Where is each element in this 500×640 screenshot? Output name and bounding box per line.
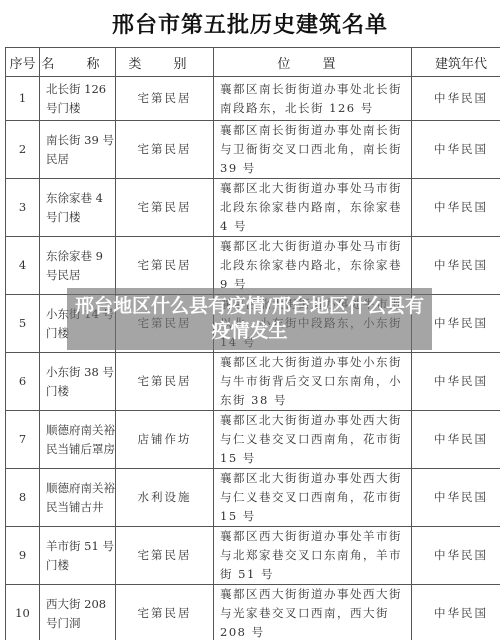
row-era: 中华民国 [412, 121, 500, 179]
row-name: 南长街 39 号民居 [40, 121, 116, 179]
row-location: 襄都区北大街街道办事处小东街与牛市街背后交叉口东南角，小东街 38 号 [214, 353, 412, 411]
table-row: 6小东街 38 号门楼宅第民居襄都区北大街街道办事处小东街与牛市街背后交叉口东南… [6, 353, 500, 411]
row-era: 中华民国 [412, 469, 500, 527]
row-location: 襄都区北大街街道办事处马市街北段东徐家巷内路北，东徐家巷 9 号 [214, 237, 412, 295]
row-category: 宅第民居 [116, 237, 214, 295]
row-name: 东徐家巷 9 号民居 [40, 237, 116, 295]
row-era: 中华民国 [412, 77, 500, 121]
row-location: 襄都区西大街街道办事处西大街与光家巷交叉口西南，西大街 208 号 [214, 585, 412, 640]
row-location: 襄都区北大街街道办事处西大街与仁义巷交叉口西南角，花市街 15 号 [214, 411, 412, 469]
row-index: 4 [6, 237, 40, 295]
row-category: 店铺作坊 [116, 411, 214, 469]
row-index: 6 [6, 353, 40, 411]
row-name: 西大街 208 号门洞 [40, 585, 116, 640]
row-era: 中华民国 [412, 179, 500, 237]
document-title: 邢台市第五批历史建筑名单 [0, 8, 500, 39]
header-name: 名 称 [40, 48, 116, 77]
row-location: 襄都区南长街街道办事处北长街南段路东，北长街 126 号 [214, 77, 412, 121]
row-location: 襄都区西大街街道办事处羊市街与北郑家巷交叉口东南角，羊市街 51 号 [214, 527, 412, 585]
header-name-label: 名 称 [41, 57, 113, 72]
header-era: 建筑年代 [412, 48, 500, 77]
row-index: 3 [6, 179, 40, 237]
row-name: 东徐家巷 4 号门楼 [40, 179, 116, 237]
row-category: 宅第民居 [116, 527, 214, 585]
row-index: 7 [6, 411, 40, 469]
header-category-label: 类 别 [128, 57, 200, 72]
table-header-row: 序号 名 称 类 别 位 置 建筑年代 [6, 48, 500, 77]
table-row: 2南长街 39 号民居宅第民居襄都区南长街街道办事处南长街与卫衙街交叉口西北角，… [6, 121, 500, 179]
table-row: 3东徐家巷 4 号门楼宅第民居襄都区北大街街道办事处马市街北段东徐家巷内路南，东… [6, 179, 500, 237]
row-name: 顺德府南关裕民当铺后罩房 [40, 411, 116, 469]
row-index: 2 [6, 121, 40, 179]
table-row: 8顺德府南关裕民当铺古井水利设施襄都区北大街街道办事处西大街与仁义巷交叉口西南角… [6, 469, 500, 527]
row-category: 水利设施 [116, 469, 214, 527]
row-index: 8 [6, 469, 40, 527]
table-row: 7顺德府南关裕民当铺后罩房店铺作坊襄都区北大街街道办事处西大街与仁义巷交叉口西南… [6, 411, 500, 469]
row-index: 9 [6, 527, 40, 585]
row-location: 襄都区北大街街道办事处西大街与仁义巷交叉口西南角，花市街 15 号 [214, 469, 412, 527]
row-category: 宅第民居 [116, 179, 214, 237]
row-era: 中华民国 [412, 411, 500, 469]
header-location-label: 位 置 [277, 57, 349, 72]
headline-overlay-banner: 邢台地区什么县有疫情/邢台地区什么县有疫情发生 [67, 288, 432, 350]
row-index: 5 [6, 295, 40, 353]
table-row: 9羊市街 51 号门楼宅第民居襄都区西大街街道办事处羊市街与北郑家巷交叉口东南角… [6, 527, 500, 585]
header-location: 位 置 [214, 48, 412, 77]
row-category: 宅第民居 [116, 121, 214, 179]
row-category: 宅第民居 [116, 353, 214, 411]
row-name: 北长街 126 号门楼 [40, 77, 116, 121]
overlay-headline-text: 邢台地区什么县有疫情/邢台地区什么县有疫情发生 [67, 294, 432, 344]
row-index: 1 [6, 77, 40, 121]
header-category: 类 别 [116, 48, 214, 77]
row-era: 中华民国 [412, 527, 500, 585]
row-name: 小东街 38 号门楼 [40, 353, 116, 411]
header-index: 序号 [6, 48, 40, 77]
row-name: 羊市街 51 号门楼 [40, 527, 116, 585]
row-era: 中华民国 [412, 585, 500, 640]
row-index: 10 [6, 585, 40, 640]
row-name: 顺德府南关裕民当铺古井 [40, 469, 116, 527]
table-row: 10西大街 208 号门洞宅第民居襄都区西大街街道办事处西大街与光家巷交叉口西南… [6, 585, 500, 640]
row-era: 中华民国 [412, 353, 500, 411]
table-row: 4东徐家巷 9 号民居宅第民居襄都区北大街街道办事处马市街北段东徐家巷内路北，东… [6, 237, 500, 295]
row-location: 襄都区北大街街道办事处马市街北段东徐家巷内路南，东徐家巷 4 号 [214, 179, 412, 237]
row-location: 襄都区南长街街道办事处南长街与卫衙街交叉口西北角，南长街 39 号 [214, 121, 412, 179]
row-era: 中华民国 [412, 237, 500, 295]
table-row: 1北长街 126 号门楼宅第民居襄都区南长街街道办事处北长街南段路东，北长街 1… [6, 77, 500, 121]
row-category: 宅第民居 [116, 77, 214, 121]
row-category: 宅第民居 [116, 585, 214, 640]
